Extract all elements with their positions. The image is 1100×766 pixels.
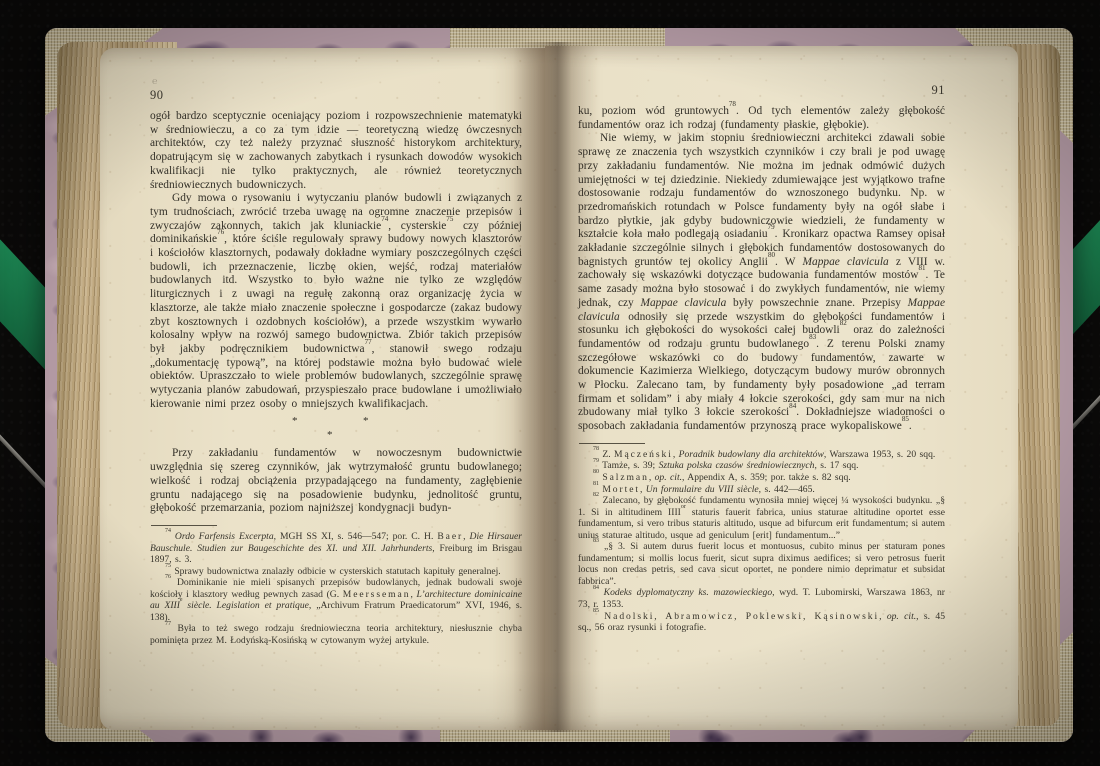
- footnote: 80 Salzman, op. cit., Appendix A, s. 359…: [578, 472, 945, 484]
- footnote: 79 Tamże, s. 39; Sztuka polska czasów śr…: [578, 460, 945, 472]
- footnote: 78 Z. Mączeński, Poradnik budowlany dla …: [578, 449, 945, 461]
- footnote: 75 Sprawy budownictwa znalazły odbicie w…: [150, 566, 522, 578]
- footnote: 81 Mortet, Un formulaire du VIII siècle,…: [578, 484, 945, 496]
- book-photograph: { "colors": { "background": "#0b0a09", "…: [0, 0, 1100, 766]
- footnote: 74 Ordo Farfensis Excerpta, MGH SS XI, s…: [150, 531, 522, 566]
- text-column-left: 90 ogół bardzo sceptycznie oceniający po…: [150, 88, 522, 646]
- page-90: ℮ 90 ogół bardzo sceptycznie oceniający …: [100, 48, 545, 730]
- page-number-right: 91: [578, 83, 945, 98]
- page-91: 91 ku, poziom wód gruntowych78. Od tych …: [545, 46, 1018, 730]
- divider-asterisk: *: [363, 415, 369, 427]
- page-number-left: 90: [150, 88, 522, 103]
- divider-asterisk: *: [292, 415, 298, 427]
- ink-mark: ℮: [152, 76, 157, 86]
- main-text-left: ogół bardzo sceptycznie oceniający pozio…: [150, 110, 522, 411]
- footnote-rule-left: [151, 525, 217, 526]
- paragraph: ku, poziom wód gruntowych78. Od tych ele…: [578, 105, 945, 132]
- paragraph: ogół bardzo sceptycznie oceniający pozio…: [150, 110, 522, 192]
- paragraph: Przy zakładaniu fundamentów w nowoczesny…: [150, 447, 522, 516]
- footnotes-left: 74 Ordo Farfensis Excerpta, MGH SS XI, s…: [150, 531, 522, 646]
- book: ℮ 90 ogół bardzo sceptycznie oceniający …: [45, 28, 1073, 742]
- section-divider: * * *: [150, 412, 522, 446]
- footnote: 82 Zalecano, by głębokość fundamentu wyn…: [578, 495, 945, 541]
- divider-asterisk: *: [327, 429, 333, 441]
- footnote: 85 Nadolski, Abramowicz, Poklewski, Kąsi…: [578, 611, 945, 634]
- paragraph: Nie wiemy, w jakim stopniu średniowieczn…: [578, 132, 945, 433]
- main-text-left-continued: Przy zakładaniu fundamentów w nowoczesny…: [150, 447, 522, 516]
- footnote: 84 Kodeks dyplomatyczny ks. mazowieckieg…: [578, 587, 945, 610]
- footnotes-right: 78 Z. Mączeński, Poradnik budowlany dla …: [578, 449, 945, 634]
- footnote: 76 Dominikanie nie mieli spisanych przep…: [150, 577, 522, 623]
- paragraph: Gdy mowa o rysowaniu i wytyczaniu planów…: [150, 192, 522, 411]
- footnote-rule-right: [579, 443, 645, 444]
- footnote: 77 Była to też swego rodzaju średniowiec…: [150, 623, 522, 646]
- text-column-right: 91 ku, poziom wód gruntowych78. Od tych …: [578, 83, 945, 634]
- main-text-right: ku, poziom wód gruntowych78. Od tych ele…: [578, 105, 945, 434]
- footnote: 83 „§ 3. Si autem durus fuerit locus et …: [578, 541, 945, 587]
